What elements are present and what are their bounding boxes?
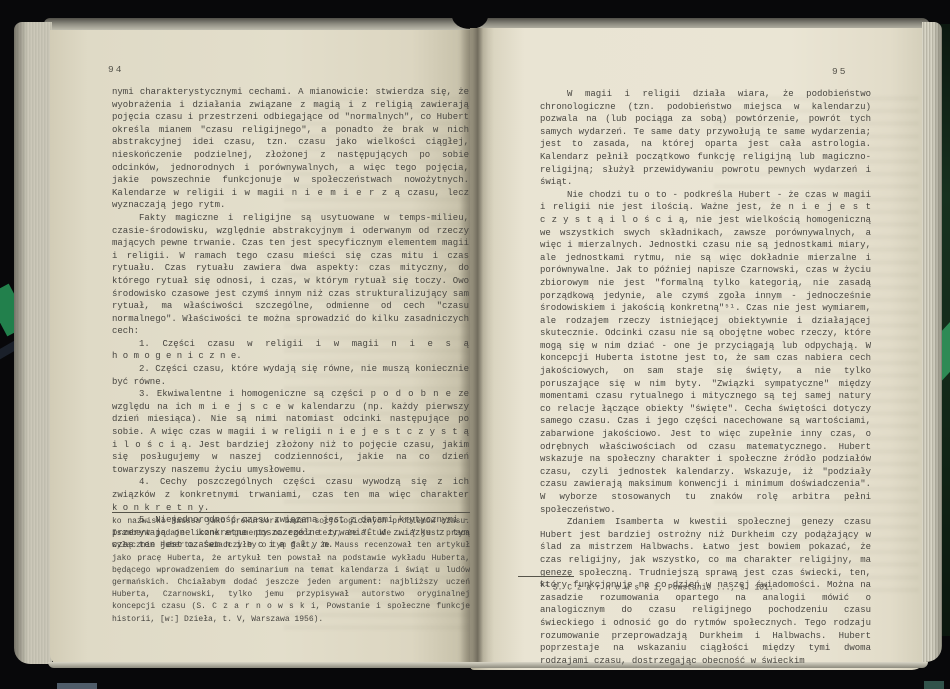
- page-stack-left-fore-edge: [14, 22, 52, 664]
- paragraph: 4. Cechy poszczególnych części czasu wyw…: [112, 476, 469, 514]
- open-book: 94 nymi charakterystycznymi cechami. A m…: [14, 18, 942, 668]
- right-page-footnote: 51S. C z a r n o w s k i, Powstanie ...,…: [518, 576, 878, 595]
- table-edge-fragment-right: [924, 681, 944, 689]
- paragraph: 3. Ekwiwalentne i homogeniczne są części…: [112, 388, 469, 476]
- paragraph: nymi charakterystycznymi cechami. A mian…: [112, 86, 469, 212]
- paragraph: 2. Części czasu, które wydają się równe,…: [112, 363, 469, 388]
- footnote-rule: [518, 576, 574, 577]
- page-number-left: 94: [108, 64, 123, 75]
- paragraph: Fakty magiczne i religijne są usytuowane…: [112, 212, 469, 338]
- page-number-right: 95: [832, 66, 847, 77]
- paragraph: W magii i religii działa wiara, że podob…: [540, 88, 871, 189]
- left-page-body: nymi charakterystycznymi cechami. A mian…: [112, 86, 469, 552]
- paragraph: 1. Części czasu w religii i w magii n i …: [112, 338, 469, 363]
- footnote-text: S. C z a r n o w s k i, Powstanie ..., s…: [553, 584, 774, 593]
- book-photo-scene: { "book": { "left_page": { "page_number"…: [0, 0, 950, 689]
- page-stack-right-fore-edge: [922, 22, 942, 662]
- paragraph: Nie chodzi tu o to - podkreśla Hubert - …: [540, 189, 871, 516]
- left-page-footnote: ko nazwisko Maussa jako prekursora badań…: [112, 512, 470, 626]
- table-edge-fragment-left: [57, 683, 97, 689]
- footnote-marker: 51: [540, 581, 550, 588]
- footnote-line: 51S. C z a r n o w s k i, Powstanie ...,…: [518, 579, 878, 595]
